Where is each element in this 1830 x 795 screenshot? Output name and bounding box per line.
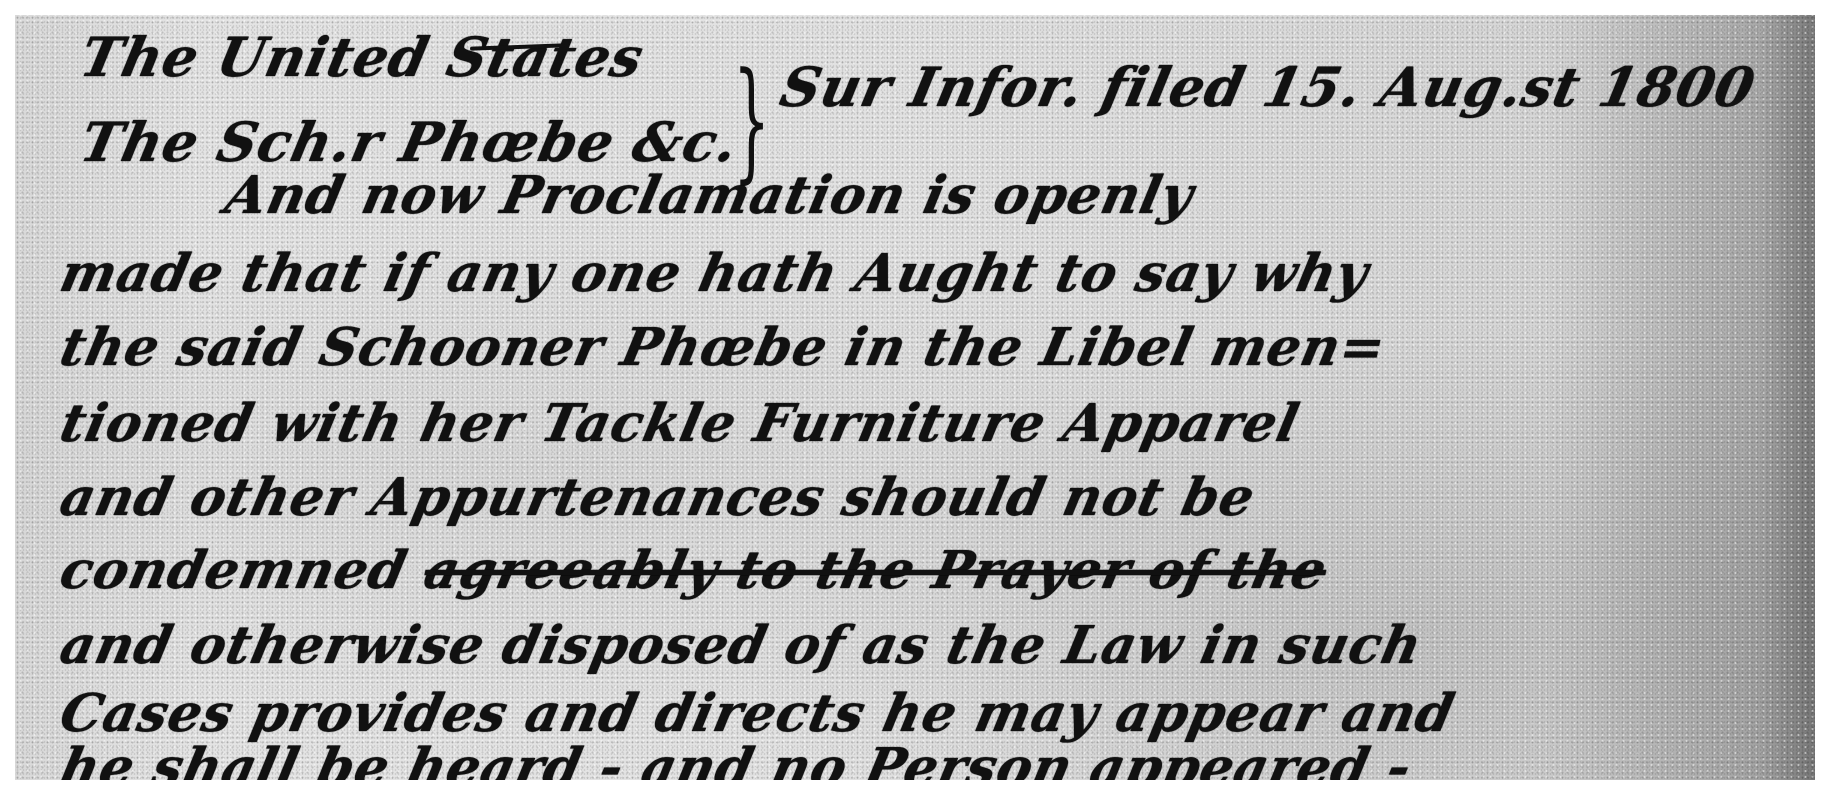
manuscript-scan: The United States The Sch.r Phœbe &c. } …	[15, 15, 1815, 780]
caption-plaintiff: The United States	[75, 25, 650, 89]
body-line-6-text: condemned	[55, 540, 413, 601]
body-line-1: And now Proclamation is openly	[220, 165, 1199, 226]
body-line-6: condemned agreeably to the Prayer of the	[55, 540, 1333, 601]
body-line-5: and other Appurtenances should not be	[55, 467, 1261, 528]
page: The United States The Sch.r Phœbe &c. } …	[0, 0, 1830, 795]
body-line-2: made that if any one hath Aught to say w…	[55, 243, 1374, 304]
struck-through-text: agreeably to the Prayer of the	[419, 540, 1333, 601]
body-line-8: Cases provides and directs he may appear…	[55, 683, 1460, 744]
body-line-7: and otherwise disposed of as the Law in …	[55, 615, 1428, 676]
body-line-9: he shall be heard - and no Person appear…	[55, 737, 1417, 780]
body-line-3: the said Schooner Phœbe in the Libel men…	[55, 317, 1392, 378]
body-line-2-text: made that if any one hath Aught to say w…	[55, 243, 1374, 304]
body-line-4: tioned with her Tackle Furniture Apparel	[55, 393, 1305, 454]
caption-filing-note: Sur Infor. filed 15. Aug.st 1800	[775, 55, 1761, 119]
